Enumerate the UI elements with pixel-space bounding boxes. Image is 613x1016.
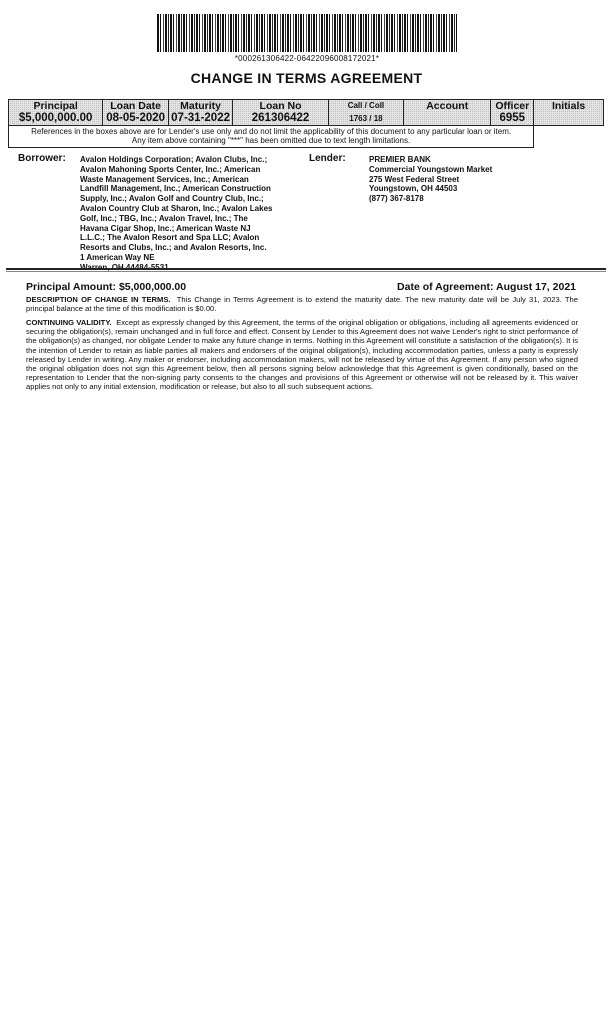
ref-box-account: Account [403, 100, 490, 126]
agreement-date-value: August 17, 2021 [496, 281, 576, 293]
ref-box-header: Principal [9, 100, 102, 112]
borrower-line: L.L.C.; The Avalon Resort and Spa LLC; A… [80, 233, 300, 243]
borrower-line: Golf, Inc.; TBG, Inc.; Avalon Travel, In… [80, 214, 300, 224]
agreement-date-label: Date of Agreement: [397, 281, 493, 293]
continuing-validity-paragraph: CONTINUING VALIDITY. Except as expressly… [26, 318, 578, 392]
ref-box-header: Initials [534, 100, 603, 112]
borrower-line: Supply, Inc.; Avalon Golf and Country Cl… [80, 194, 300, 204]
ref-box-value: 07-31-2022 [169, 112, 232, 125]
ref-box-value: 08-05-2020 [103, 112, 168, 125]
lender-label: Lender: [309, 153, 346, 164]
description-of-change-paragraph: DESCRIPTION OF CHANGE IN TERMS. This Cha… [26, 295, 578, 313]
empty-cell [534, 126, 604, 148]
ref-note-line-1: References in the boxes above are for Le… [9, 127, 533, 136]
ref-box-loan-date: Loan Date 08-05-2020 [103, 100, 169, 126]
section-divider [6, 268, 606, 270]
lender-division: Commercial Youngstown Market [369, 165, 569, 175]
ref-box-value: 261306422 [233, 112, 328, 125]
lender-phone: (877) 367-8178 [369, 194, 569, 204]
lender-address-street: 275 West Federal Street [369, 175, 569, 185]
description-heading: DESCRIPTION OF CHANGE IN TERMS. [26, 295, 171, 304]
reference-boxes-table: Principal $5,000,000.00 Loan Date 08-05-… [8, 99, 604, 148]
continuing-validity-heading: CONTINUING VALIDITY. [26, 318, 112, 327]
borrower-address-street: 1 American Way NE [80, 253, 300, 263]
ref-box-value: $5,000,000.00 [9, 112, 102, 125]
principal-amount-label: Principal Amount: [26, 281, 116, 293]
lender-address-city: Youngstown, OH 44503 [369, 184, 569, 194]
borrower-line: Avalon Mahoning Sports Center, Inc.; Ame… [80, 165, 300, 175]
summary-line: Principal Amount: $5,000,000.00 Date of … [26, 281, 576, 293]
section-divider-secondary [6, 271, 606, 272]
continuing-validity-body: Except as expressly changed by this Agre… [26, 318, 578, 391]
ref-box-header: Officer [491, 100, 533, 112]
ref-box-header: Loan Date [103, 100, 168, 112]
borrower-line: Avalon Country Club at Sharon, Inc.; Ava… [80, 204, 300, 214]
lender-block: PREMIER BANK Commercial Youngstown Marke… [369, 155, 569, 204]
ref-box-header: Loan No [233, 100, 328, 112]
ref-box-note: References in the boxes above are for Le… [9, 126, 534, 148]
ref-box-initials: Initials [534, 100, 604, 126]
ref-box-value [404, 112, 490, 125]
barcode-image [157, 14, 457, 52]
borrower-line: Avalon Holdings Corporation; Avalon Club… [80, 155, 300, 165]
borrower-line: Landfill Management, Inc.; American Cons… [80, 184, 300, 194]
ref-box-value [534, 112, 603, 125]
ref-box-loan-no: Loan No 261306422 [233, 100, 329, 126]
ref-note-line-2: Any item above containing "***" has been… [9, 136, 533, 145]
ref-box-header: Maturity [169, 100, 232, 112]
ref-box-officer: Officer 6955 [491, 100, 534, 126]
ref-box-call-coll: Call / Coll 1763 / 18 [328, 100, 403, 126]
borrower-line: Resorts and Clubs, Inc.; and Avalon Reso… [80, 243, 300, 253]
principal-amount-value: $5,000,000.00 [119, 281, 186, 293]
borrower-block: Avalon Holdings Corporation; Avalon Club… [80, 155, 300, 273]
barcode-number: *000261306422-06422096008172021* [157, 54, 457, 63]
ref-box-principal: Principal $5,000,000.00 [9, 100, 103, 126]
ref-box-header: Account [404, 100, 490, 112]
lender-name: PREMIER BANK [369, 155, 569, 165]
borrower-line: Waste Management Services, Inc.; America… [80, 175, 300, 185]
barcode-block: *000261306422-06422096008172021* [157, 14, 457, 63]
document-title: CHANGE IN TERMS AGREEMENT [0, 70, 613, 86]
agreement-date: Date of Agreement: August 17, 2021 [397, 281, 576, 293]
borrower-label: Borrower: [18, 153, 66, 164]
borrower-line: Havana Cigar Shop, Inc.; American Waste … [80, 224, 300, 234]
ref-box-value: 1763 / 18 [329, 112, 403, 125]
ref-box-value: 6955 [491, 112, 533, 125]
ref-box-maturity: Maturity 07-31-2022 [168, 100, 232, 126]
ref-box-header: Call / Coll [329, 100, 403, 112]
